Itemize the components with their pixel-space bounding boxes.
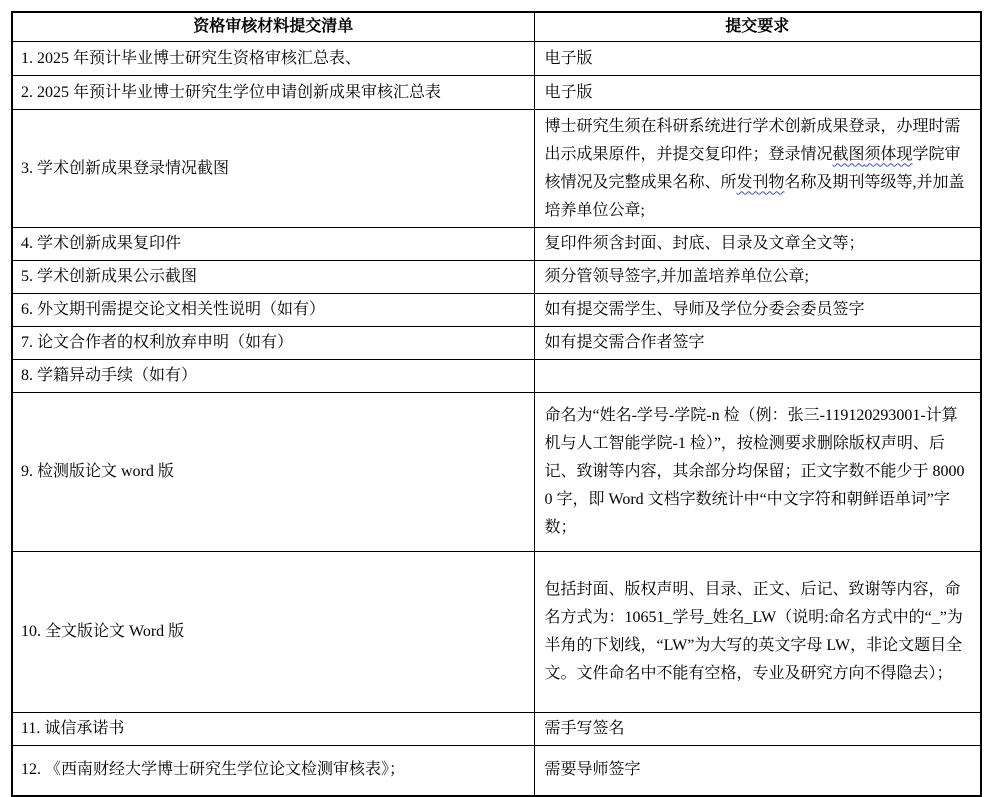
material-item-cell: 9. 检测版论文 word 版 [12, 393, 534, 552]
table-header-row: 资格审核材料提交清单 提交要求 [12, 12, 981, 42]
spellcheck-wavy-underline: 发刊物 [737, 174, 785, 191]
table-row: 3. 学术创新成果登录情况截图博士研究生须在科研系统进行学术创新成果登录，办理时… [12, 110, 981, 228]
table-row: 9. 检测版论文 word 版命名为“姓名-学号-学院-n 检（例：张三-119… [12, 393, 981, 552]
material-item-cell: 4. 学术创新成果复印件 [12, 228, 534, 261]
requirement-cell: 复印件须含封面、封底、目录及文章全文等； [534, 228, 981, 261]
material-item-cell: 3. 学术创新成果登录情况截图 [12, 110, 534, 228]
requirement-cell: 需手写签名 [534, 713, 981, 746]
materials-table: 资格审核材料提交清单 提交要求 1. 2025 年预计毕业博士研究生资格审核汇总… [11, 11, 982, 797]
material-item-cell: 8. 学籍异动手续（如有） [12, 360, 534, 393]
header-materials-list: 资格审核材料提交清单 [12, 12, 534, 42]
requirement-text: 包括封面、版权声明、目录、正文、后记、致谢等内容，命名方式为：10651_学号_… [545, 581, 963, 682]
table-row: 11. 诚信承诺书需手写签名 [12, 713, 981, 746]
material-item-cell: 11. 诚信承诺书 [12, 713, 534, 746]
requirement-text: 命名为“姓名-学号-学院-n 检（例：张三-119120293001-计算机与人… [545, 407, 965, 536]
requirement-cell: 如有提交需学生、导师及学位分委会委员签字 [534, 294, 981, 327]
requirement-text: 须分管领导签字,并加盖培养单位公章; [545, 268, 809, 285]
requirement-cell: 命名为“姓名-学号-学院-n 检（例：张三-119120293001-计算机与人… [534, 393, 981, 552]
table-body: 1. 2025 年预计毕业博士研究生资格审核汇总表、电子版2. 2025 年预计… [12, 42, 981, 796]
table-row: 7. 论文合作者的权利放弃申明（如有）如有提交需合作者签字 [12, 327, 981, 360]
table-row: 10. 全文版论文 Word 版包括封面、版权声明、目录、正文、后记、致谢等内容… [12, 552, 981, 713]
requirement-text: 如有提交需合作者签字 [545, 334, 705, 351]
table-row: 5. 学术创新成果公示截图须分管领导签字,并加盖培养单位公章; [12, 261, 981, 294]
material-item-cell: 5. 学术创新成果公示截图 [12, 261, 534, 294]
material-item-cell: 2. 2025 年预计毕业博士研究生学位申请创新成果审核汇总表 [12, 76, 534, 110]
material-item-cell: 12. 《西南财经大学博士研究生学位论文检测审核表》； [12, 746, 534, 796]
table-row: 1. 2025 年预计毕业博士研究生资格审核汇总表、电子版 [12, 42, 981, 76]
table-row: 2. 2025 年预计毕业博士研究生学位申请创新成果审核汇总表电子版 [12, 76, 981, 110]
requirement-text: 需要导师签字 [545, 761, 641, 778]
requirement-cell: 需要导师签字 [534, 746, 981, 796]
material-item-cell: 7. 论文合作者的权利放弃申明（如有） [12, 327, 534, 360]
table-row: 8. 学籍异动手续（如有） [12, 360, 981, 393]
requirement-text: 电子版 [545, 50, 593, 67]
document-page: 资格审核材料提交清单 提交要求 1. 2025 年预计毕业博士研究生资格审核汇总… [0, 0, 984, 797]
requirement-cell: 如有提交需合作者签字 [534, 327, 981, 360]
requirement-cell [534, 360, 981, 393]
material-item-cell: 1. 2025 年预计毕业博士研究生资格审核汇总表、 [12, 42, 534, 76]
table-row: 4. 学术创新成果复印件复印件须含封面、封底、目录及文章全文等； [12, 228, 981, 261]
requirement-cell: 包括封面、版权声明、目录、正文、后记、致谢等内容，命名方式为：10651_学号_… [534, 552, 981, 713]
requirement-cell: 须分管领导签字,并加盖培养单位公章; [534, 261, 981, 294]
requirement-text: 需手写签名 [545, 720, 625, 737]
requirement-cell: 电子版 [534, 42, 981, 76]
spellcheck-wavy-underline: 须体现 [865, 146, 913, 163]
requirement-text: 电子版 [545, 84, 593, 101]
requirement-cell: 博士研究生须在科研系统进行学术创新成果登录，办理时需出示成果原件，并提交复印件；… [534, 110, 981, 228]
material-item-cell: 6. 外文期刊需提交论文相关性说明（如有） [12, 294, 534, 327]
material-item-cell: 10. 全文版论文 Word 版 [12, 552, 534, 713]
header-requirements: 提交要求 [534, 12, 981, 42]
requirement-cell: 电子版 [534, 76, 981, 110]
spellcheck-wavy-underline: 截图 [833, 146, 865, 163]
requirement-text: 复印件须含封面、封底、目录及文章全文等； [545, 235, 865, 252]
requirement-text: 如有提交需学生、导师及学位分委会委员签字 [545, 301, 865, 318]
table-row: 6. 外文期刊需提交论文相关性说明（如有）如有提交需学生、导师及学位分委会委员签… [12, 294, 981, 327]
table-row: 12. 《西南财经大学博士研究生学位论文检测审核表》；需要导师签字 [12, 746, 981, 796]
